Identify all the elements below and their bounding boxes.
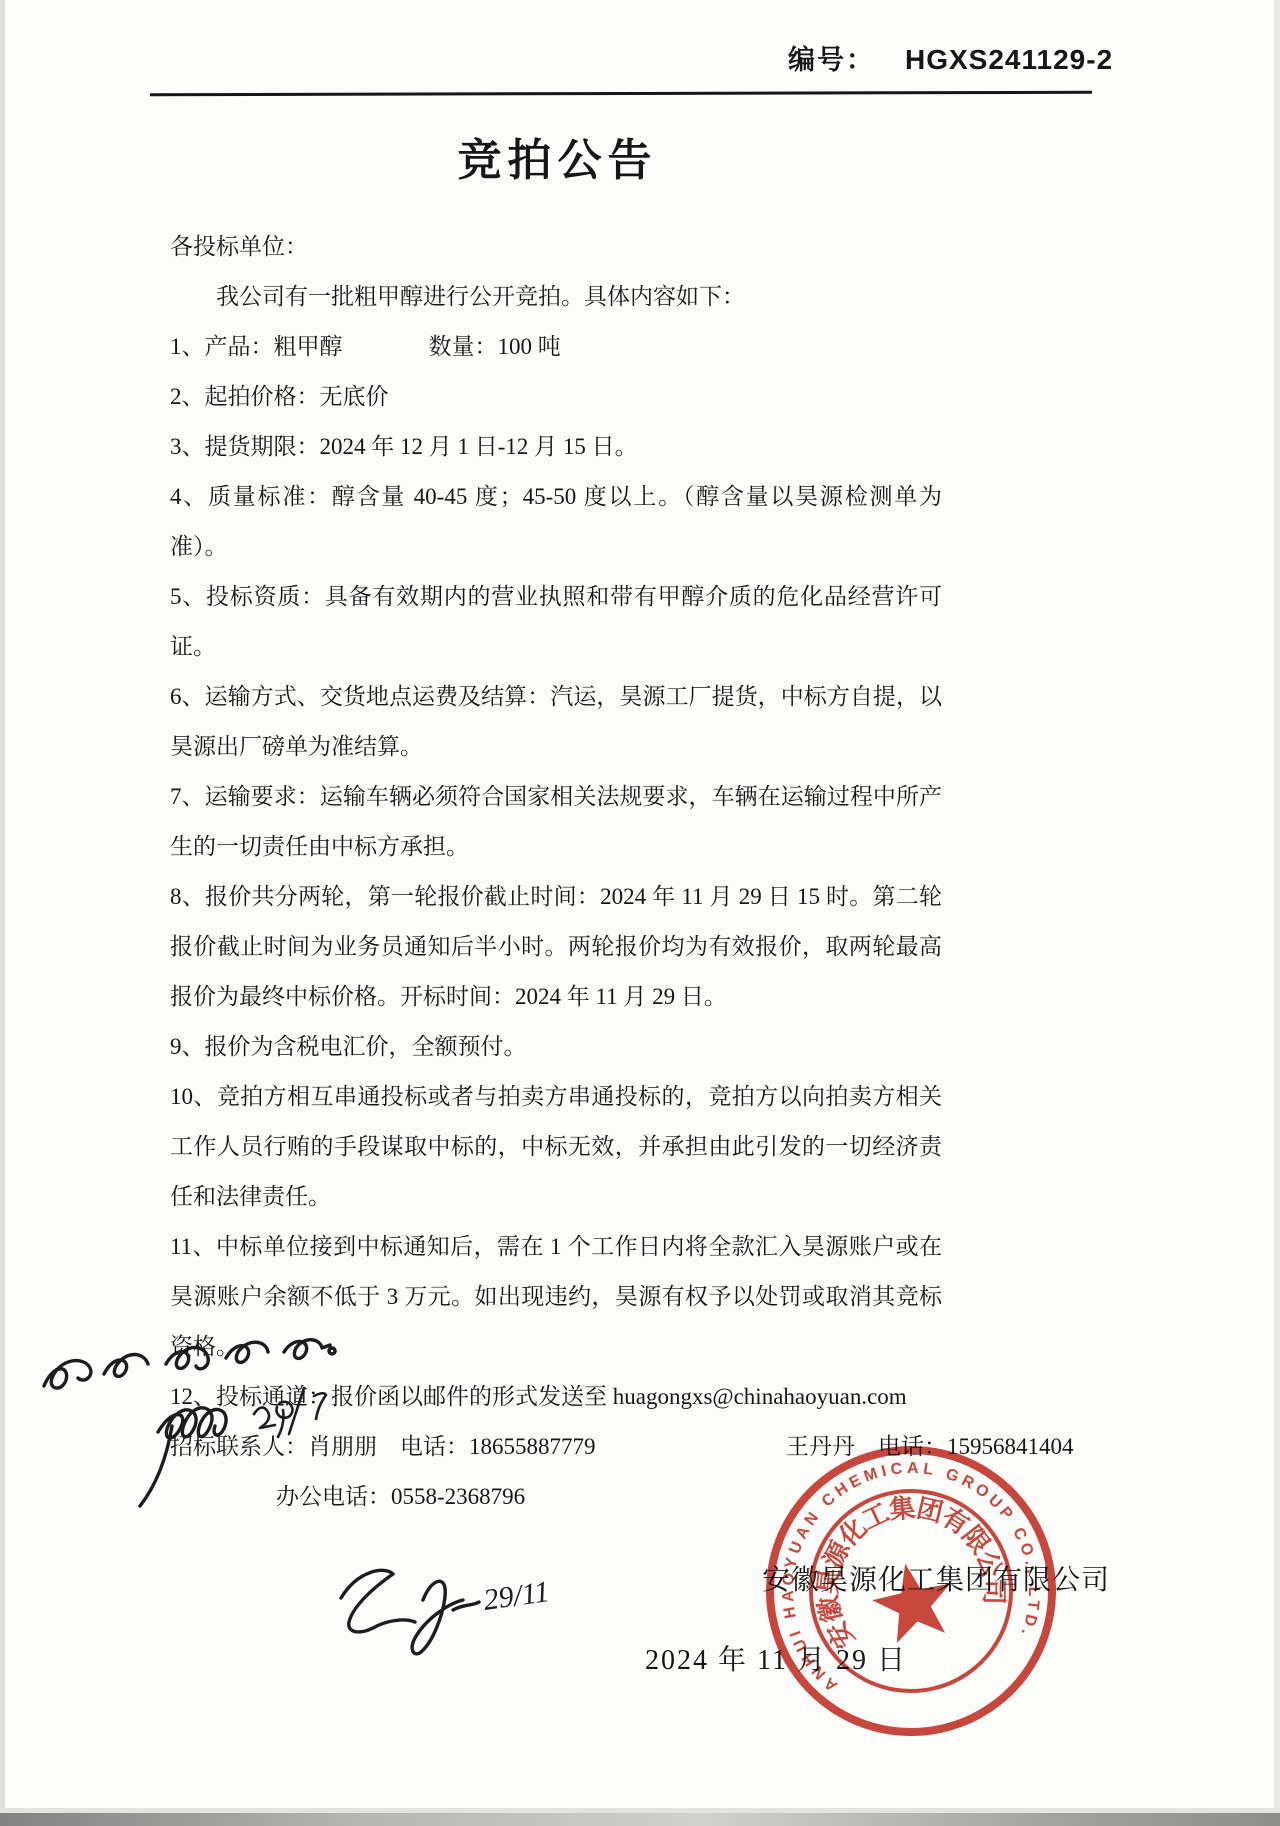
signature-initials	[341, 1570, 479, 1653]
handwriting-signature-loops	[158, 1408, 226, 1438]
scan-edge-right	[1274, 0, 1280, 1826]
item-1: 1、产品：粗甲醇数量：100 吨	[170, 322, 942, 372]
handwritten-note	[26, 1310, 356, 1515]
doc-number-value: HGXS241129-2	[905, 44, 1113, 76]
item-1-product: 1、产品：粗甲醇	[170, 334, 343, 359]
item-9: 9、报价为含税电汇价，全额预付。	[170, 1022, 942, 1072]
company-seal-stamp: ANHUI HAOYUAN CHEMICAL GROUP CO., LTD. 安…	[766, 1446, 1056, 1736]
handwriting-row1	[44, 1347, 208, 1388]
salutation: 各投标单位：	[170, 222, 942, 272]
doc-number: 编号： HGXS241129-2	[788, 38, 1113, 77]
seal-star-icon	[866, 1555, 960, 1646]
scan-edge-left	[0, 0, 5, 1826]
item-5: 5、投标资质：具备有效期内的营业执照和带有甲醇介质的危化品经营许可证。	[170, 572, 942, 672]
handwriting-date-mark	[254, 1388, 326, 1437]
document-page: 编号： HGXS241129-2 竞拍公告 各投标单位： 我公司有一批粗甲醇进行…	[0, 0, 1280, 1826]
header-rule	[150, 91, 1092, 96]
signature-date-mark: 29/11	[481, 1575, 551, 1617]
item-7: 7、运输要求：运输车辆必须符合国家相关法规要求，车辆在运输过程中所产生的一切责任…	[170, 772, 942, 872]
item-3: 3、提货期限：2024 年 12 月 1 日-12 月 15 日。	[170, 422, 942, 472]
doc-number-label: 编号：	[788, 38, 875, 77]
handwriting-row1b	[226, 1340, 335, 1363]
item-2: 2、起拍价格：无底价	[170, 372, 942, 422]
scan-edge-bottom	[0, 1813, 1280, 1826]
handwritten-signature: 29/11	[315, 1538, 585, 1673]
item-6: 6、运输方式、交货地点运费及结算：汽运，昊源工厂提货，中标方自提，以昊源出厂磅单…	[170, 672, 942, 772]
page-title: 竞拍公告	[150, 124, 965, 188]
item-4: 4、质量标准：醇含量 40-45 度；45-50 度以上。（醇含量以昊源检测单为…	[170, 472, 942, 572]
item-10: 10、竞拍方相互串通投标或者与拍卖方串通投标的，竞拍方以向拍卖方相关工作人员行贿…	[170, 1072, 942, 1222]
item-8: 8、报价共分两轮，第一轮报价截止时间：2024 年 11 月 29 日 15 时…	[170, 872, 942, 1022]
item-1-quantity: 数量：100 吨	[429, 334, 561, 359]
intro-paragraph: 我公司有一批粗甲醇进行公开竞拍。具体内容如下：	[170, 272, 942, 322]
